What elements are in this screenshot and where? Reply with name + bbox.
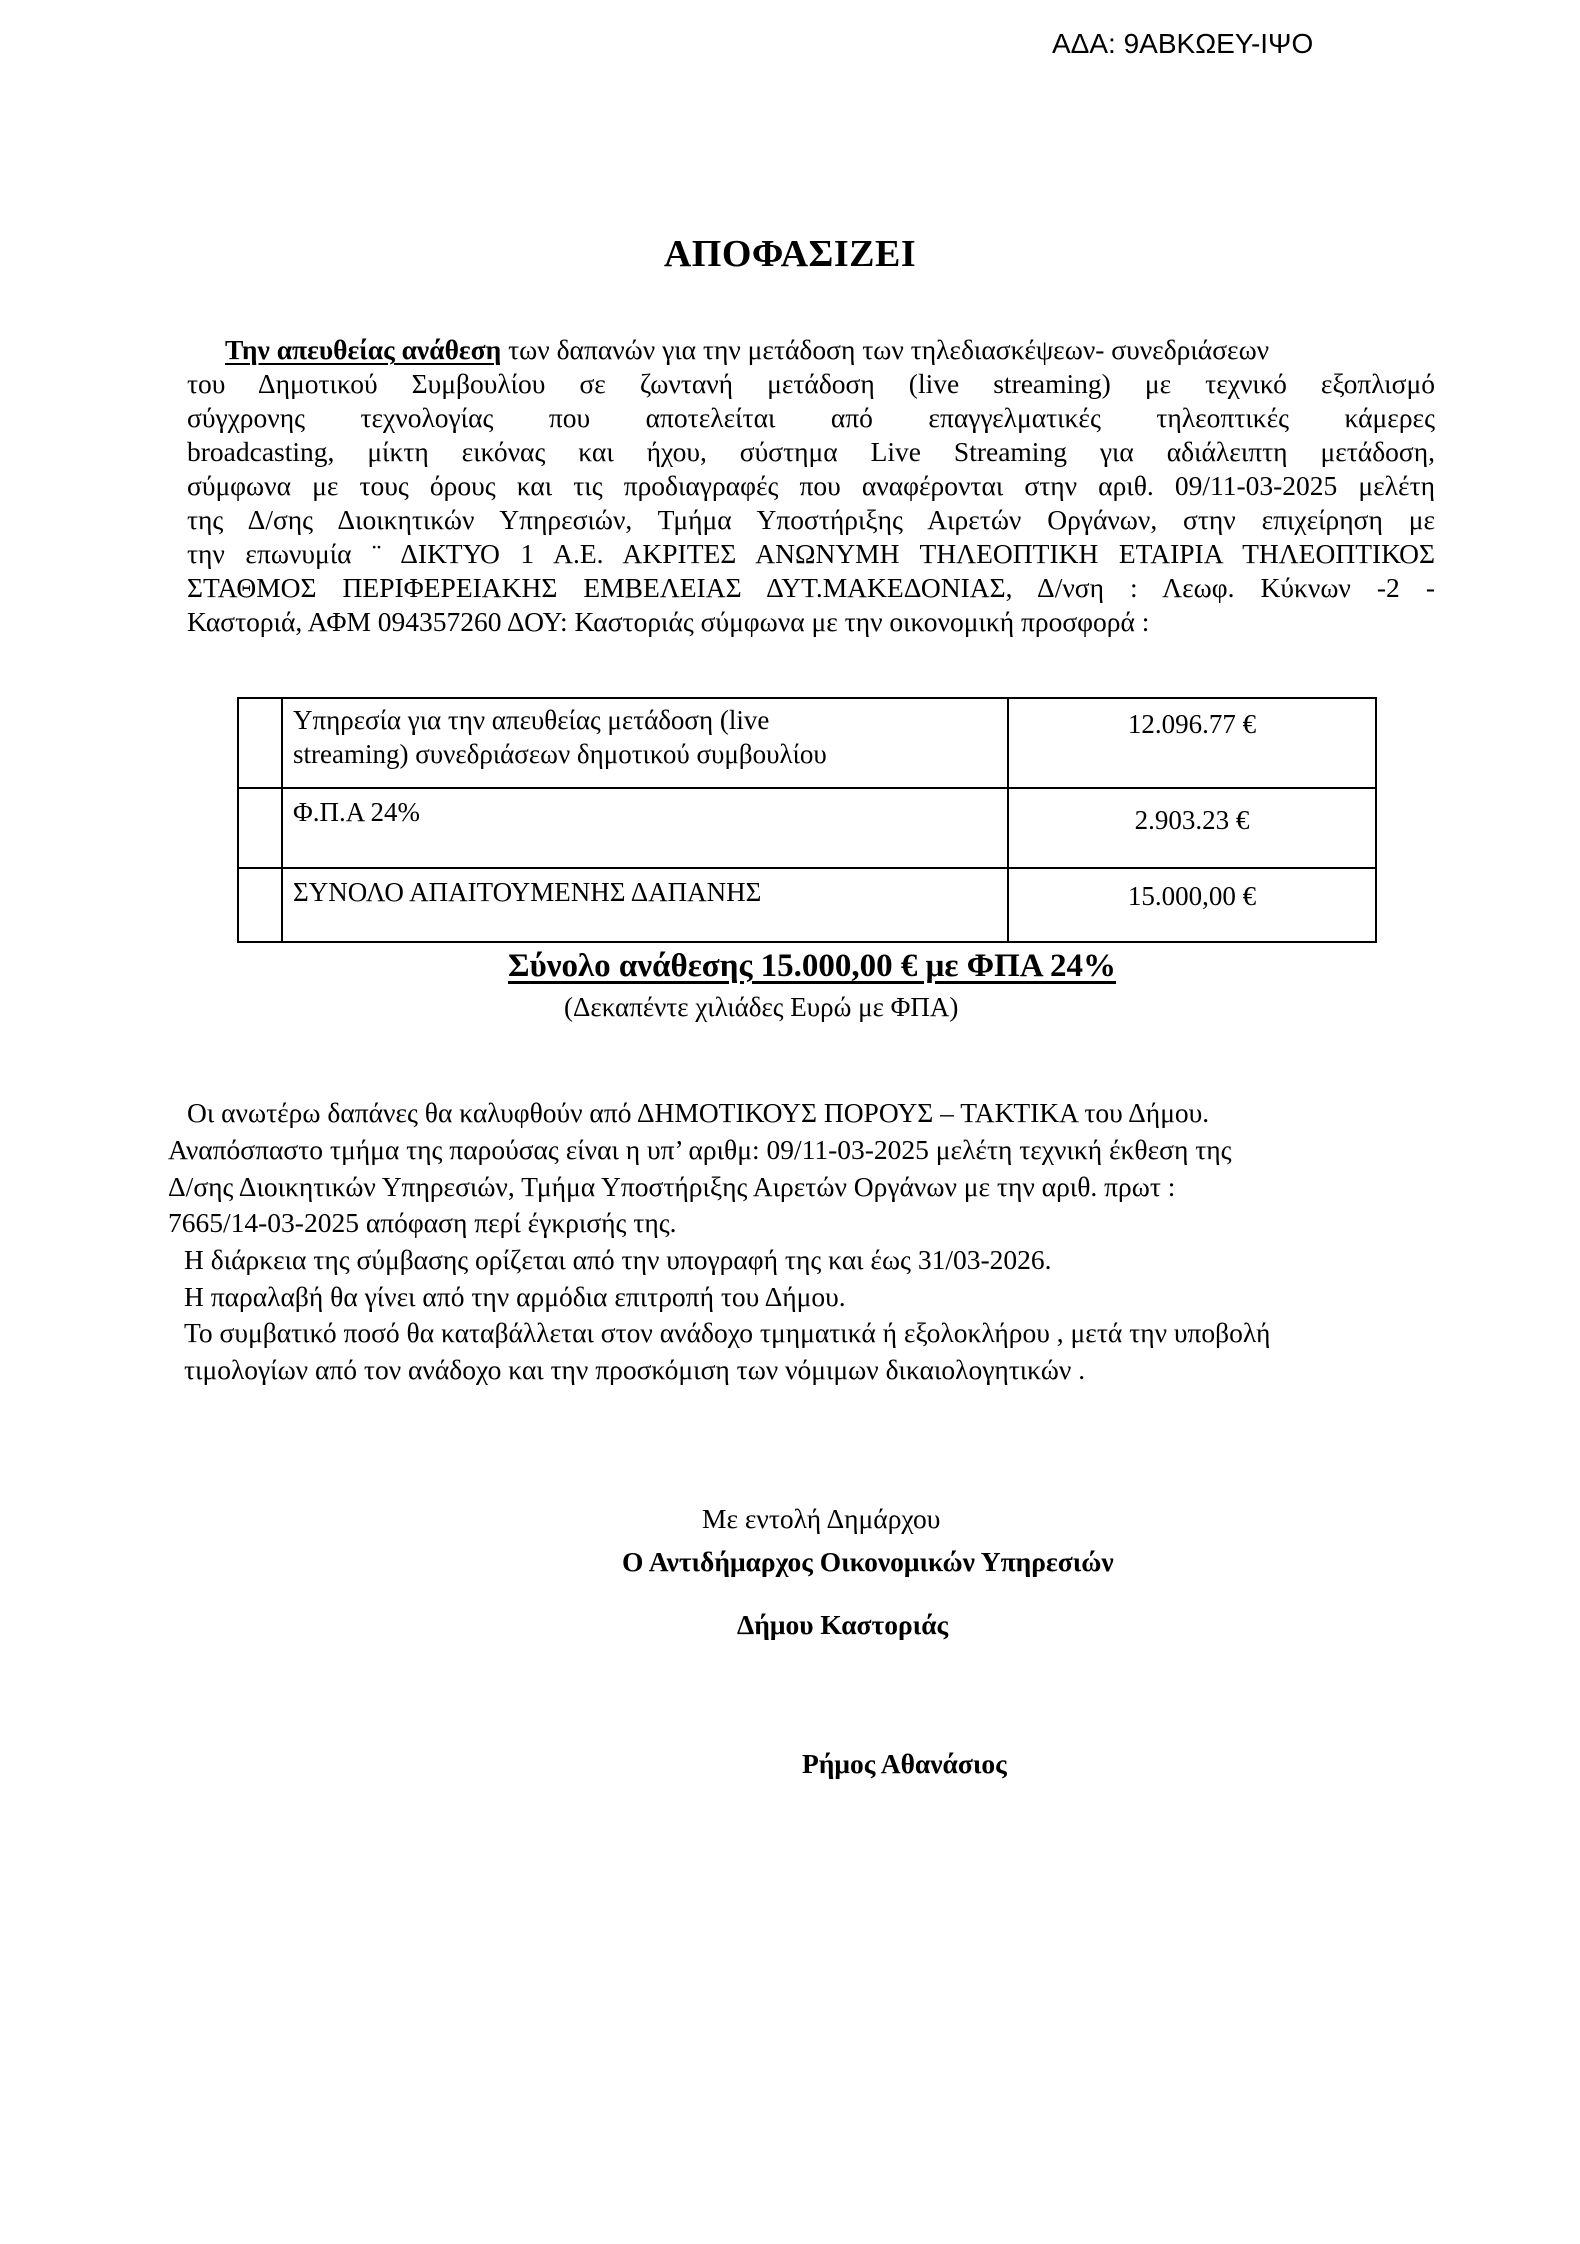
description-line: Φ.Π.Α 24% — [293, 795, 1007, 829]
title-text: ΑΠΟΦΑΣΙΖΕΙ — [664, 233, 916, 275]
direct-award-heading: Την απευθείας ανάθεση — [225, 334, 501, 365]
row-index-cell — [238, 698, 282, 788]
amount-cell: 15.000,00 € — [1008, 868, 1376, 942]
table-row: ΣΥΝΟΛΟ ΑΠΑΙΤΟΥΜΕΝΗΣ ΔΑΠΑΝΗΣ 15.000,00 € — [238, 868, 1376, 942]
paragraph-line: σύμφωνα με τους όρους και τις προδιαγραφ… — [187, 469, 1435, 503]
terms-line: Το συμβατικό ποσό θα καταβάλλεται στον α… — [184, 1315, 1270, 1351]
terms-line: τιμολογίων από τον ανάδοχο και την προσκ… — [184, 1352, 1085, 1388]
ada-identifier: ΑΔΑ: 9ΑΒΚΩΕΥ-ΙΨΟ — [1052, 28, 1313, 60]
award-total-text: Σύνολο ανάθεσης 15.000,00 € με ΦΠΑ 24% — [508, 948, 1116, 985]
paragraph-line: την επωνυμία ¨ ΔΙΚΤΥΟ 1 Α.Ε. ΑΚΡΙΤΕΣ ΑΝΩ… — [187, 537, 1435, 571]
cost-table: Υπηρεσία για την απευθείας μετάδοση (liv… — [237, 697, 1377, 943]
award-total-in-words: (Δεκαπέντε χιλιάδες Ευρώ με ΦΠΑ) — [564, 992, 958, 1023]
description-cell: ΣΥΝΟΛΟ ΑΠΑΙΤΟΥΜΕΝΗΣ ΔΑΠΑΝΗΣ — [282, 868, 1008, 942]
table-row: Υπηρεσία για την απευθείας μετάδοση (liv… — [238, 698, 1376, 788]
description-cell: Φ.Π.Α 24% — [282, 788, 1008, 868]
paragraph-line: του Δημοτικού Συμβουλίου σε ζωντανή μετά… — [187, 367, 1435, 401]
table-row: Φ.Π.Α 24% 2.903.23 € — [238, 788, 1376, 868]
paragraph-line: Την απευθείας ανάθεση των δαπανών για τη… — [225, 333, 1435, 367]
paragraph-text: των δαπανών για την μετάδοση των τηλεδια… — [501, 334, 1269, 365]
amount-cell: 2.903.23 € — [1008, 788, 1376, 868]
terms-line: Η διάρκεια της σύμβασης ορίζεται από την… — [184, 1242, 1052, 1278]
paragraph-line: της Δ/σης Διοικητικών Υπηρεσιών, Τμήμα Υ… — [187, 503, 1435, 537]
terms-line: Δ/σης Διοικητικών Υπηρεσιών, Τμήμα Υποστ… — [168, 1169, 1175, 1205]
description-line: streaming) συνεδριάσεων δημοτικού συμβου… — [293, 737, 1007, 771]
paragraph-line: σύγχρονης τεχνολογίας που αποτελείται απ… — [187, 401, 1435, 435]
signature-on-behalf: Με εντολή Δημάρχου — [702, 1503, 940, 1535]
terms-line: Η παραλαβή θα γίνει από την αρμόδια επιτ… — [184, 1279, 846, 1315]
document-title: ΑΠΟΦΑΣΙΖΕΙ — [0, 232, 1580, 276]
row-index-cell — [238, 868, 282, 942]
signature-role: Ο Αντιδήμαρχος Οικονομικών Υπηρεσιών — [622, 1546, 1114, 1578]
description-cell: Υπηρεσία για την απευθείας μετάδοση (liv… — [282, 698, 1008, 788]
terms-line: Αναπόσπαστο τμήμα της παρούσας είναι η υ… — [168, 1132, 1232, 1168]
description-line: ΣΥΝΟΛΟ ΑΠΑΙΤΟΥΜΕΝΗΣ ΔΑΠΑΝΗΣ — [293, 875, 1007, 909]
description-line: Υπηρεσία για την απευθείας μετάδοση (liv… — [293, 703, 1007, 737]
paragraph-line: broadcasting, μίκτη εικόνας και ήχου, σύ… — [187, 435, 1435, 469]
signature-municipality: Δήμου Καστοριάς — [737, 1609, 948, 1641]
terms-line: 7665/14-03-2025 απόφαση περί έγκρισής τη… — [168, 1205, 677, 1241]
amount-cell: 12.096.77 € — [1008, 698, 1376, 788]
terms-line: Οι ανωτέρω δαπάνες θα καλυφθούν από ΔΗΜΟ… — [187, 1095, 1209, 1131]
paragraph-line: Καστοριά, ΑΦΜ 094357260 ΔΟΥ: Καστοριάς σ… — [187, 605, 1377, 639]
signature-name: Ρήμος Αθανάσιος — [802, 1748, 1007, 1780]
paragraph-line: ΣΤΑΘΜΟΣ ΠΕΡΙΦΕΡΕΙΑΚΗΣ ΕΜΒΕΛΕΙΑΣ ΔΥΤ.ΜΑΚΕ… — [187, 571, 1435, 605]
row-index-cell — [238, 788, 282, 868]
